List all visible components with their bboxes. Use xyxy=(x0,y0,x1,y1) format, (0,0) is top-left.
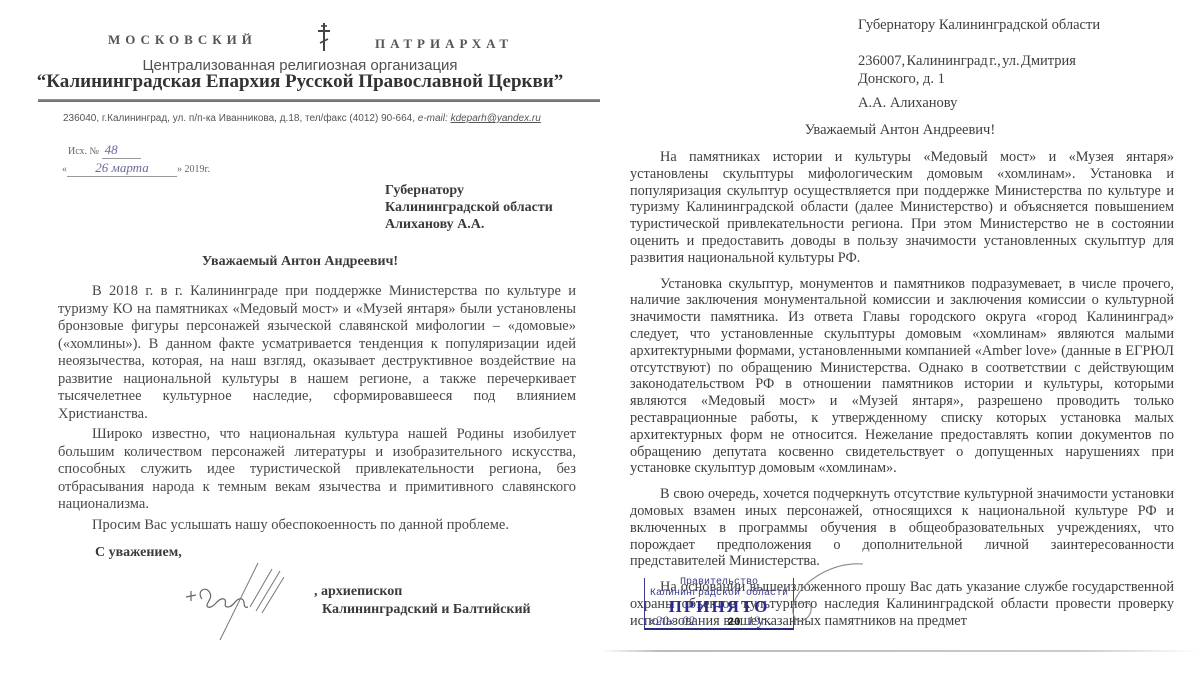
stamp-quote: « xyxy=(649,617,656,629)
address-word: Дмитрия xyxy=(1021,52,1076,70)
closing-phrase: С уважением, xyxy=(95,545,182,561)
email-label: e-mail: xyxy=(418,113,448,124)
outgoing-date-handwritten: 26 марта xyxy=(67,160,177,177)
body-paragraph: В 2018 г. в г. Калининграде при поддержк… xyxy=(58,283,576,423)
address-text: 236040, г.Калининград, ул. п/п-ка Иванни… xyxy=(63,113,415,124)
body-paragraph: Широко известно, что национальная культу… xyxy=(58,426,576,514)
addressee-line: Губернатору xyxy=(385,182,553,199)
letterhead-top: МОСКОВСКИЙ ПАТРИАРХАТ xyxy=(0,22,600,52)
stamp-g: г. xyxy=(760,617,773,629)
body-paragraph: В свою очередь, хочется подчеркнуть отсу… xyxy=(630,486,1174,570)
organization-name: “Калининградская Епархия Русской Правосл… xyxy=(0,71,600,93)
addressee-line: Алиханову А.А. xyxy=(385,216,553,233)
address-line: 236007, Калининград г., ул. Дмитрия xyxy=(858,52,1076,70)
stamp-quote: » xyxy=(669,617,676,629)
address-word: г., xyxy=(989,52,1001,70)
signer-title-line: , архиепископ xyxy=(314,584,402,599)
salutation: Уважаемый Антон Андреевич! xyxy=(600,122,1200,139)
stamp-line: Правительство xyxy=(645,578,793,588)
letterhead-moscow: МОСКОВСКИЙ xyxy=(108,32,257,48)
letterhead-patriarchate: ПАТРИАРХАТ xyxy=(375,36,513,52)
body-paragraph: Просим Вас услышать нашу обеспокоенность… xyxy=(58,517,576,535)
addressee-line: Губернатору Калининградской области xyxy=(858,17,1100,34)
address-word: 236007, xyxy=(858,52,905,70)
address-line: Донского, д. 1 xyxy=(858,70,1076,88)
outgoing-date: «26 марта» 2019г. xyxy=(62,160,210,177)
letterhead-address: 236040, г.Калининград, ул. п/п-ка Иванни… xyxy=(63,113,541,124)
address-word: ул. xyxy=(1002,52,1019,70)
stamp-date: «20» 02 20 19г. xyxy=(645,615,793,629)
addressee-address: 236007, Калининград г., ул. Дмитрия Донс… xyxy=(858,52,1076,88)
addressee-name: А.А. Алиханову xyxy=(858,95,957,112)
stamp-month: 02 xyxy=(682,613,695,628)
page-bottom-edge xyxy=(600,650,1200,652)
eparchy-letter-page: МОСКОВСКИЙ ПАТРИАРХАТ Централизованная р… xyxy=(0,0,600,675)
letter-body: На памятниках истории и культуры «Медовы… xyxy=(630,149,1174,630)
stamp-day: 20 xyxy=(656,613,669,628)
signer-title-line: Калининградский и Балтийский xyxy=(314,601,531,619)
deputy-letter-page: Губернатору Калининградской области 2360… xyxy=(600,0,1200,675)
stamp-year-suffix: 19 xyxy=(747,613,760,628)
email-link[interactable]: kdeparh@yandex.ru xyxy=(451,113,541,124)
outgoing-number-label: Исх. № xyxy=(68,146,99,157)
outgoing-year: 2019г. xyxy=(185,164,210,175)
body-paragraph: На памятниках истории и культуры «Медовы… xyxy=(630,149,1174,267)
addressee-block: Губернатору Калининградской области Алих… xyxy=(385,182,553,233)
signer-title: , архиепископ Калининградский и Балтийск… xyxy=(314,583,531,619)
date-quote-close: » xyxy=(177,164,182,175)
signature-icon xyxy=(180,555,290,645)
handwritten-scribble-icon xyxy=(785,560,875,630)
letter-body: В 2018 г. в г. Калининграде при поддержк… xyxy=(58,283,576,537)
received-stamp: Правительство Калининградской области ПР… xyxy=(644,578,794,630)
stamp-year-prefix: 20 xyxy=(701,617,740,629)
salutation: Уважаемый Антон Андреевич! xyxy=(0,254,600,270)
address-word: Калининград xyxy=(906,52,987,70)
letterhead-divider xyxy=(38,99,600,102)
orthodox-cross-icon xyxy=(316,22,332,52)
outgoing-number: Исх. № 48 xyxy=(68,142,141,159)
addressee-line: Калининградской области xyxy=(385,199,553,216)
outgoing-number-value: 48 xyxy=(102,142,141,159)
body-paragraph: Установка скульптур, монументов и памятн… xyxy=(630,276,1174,478)
